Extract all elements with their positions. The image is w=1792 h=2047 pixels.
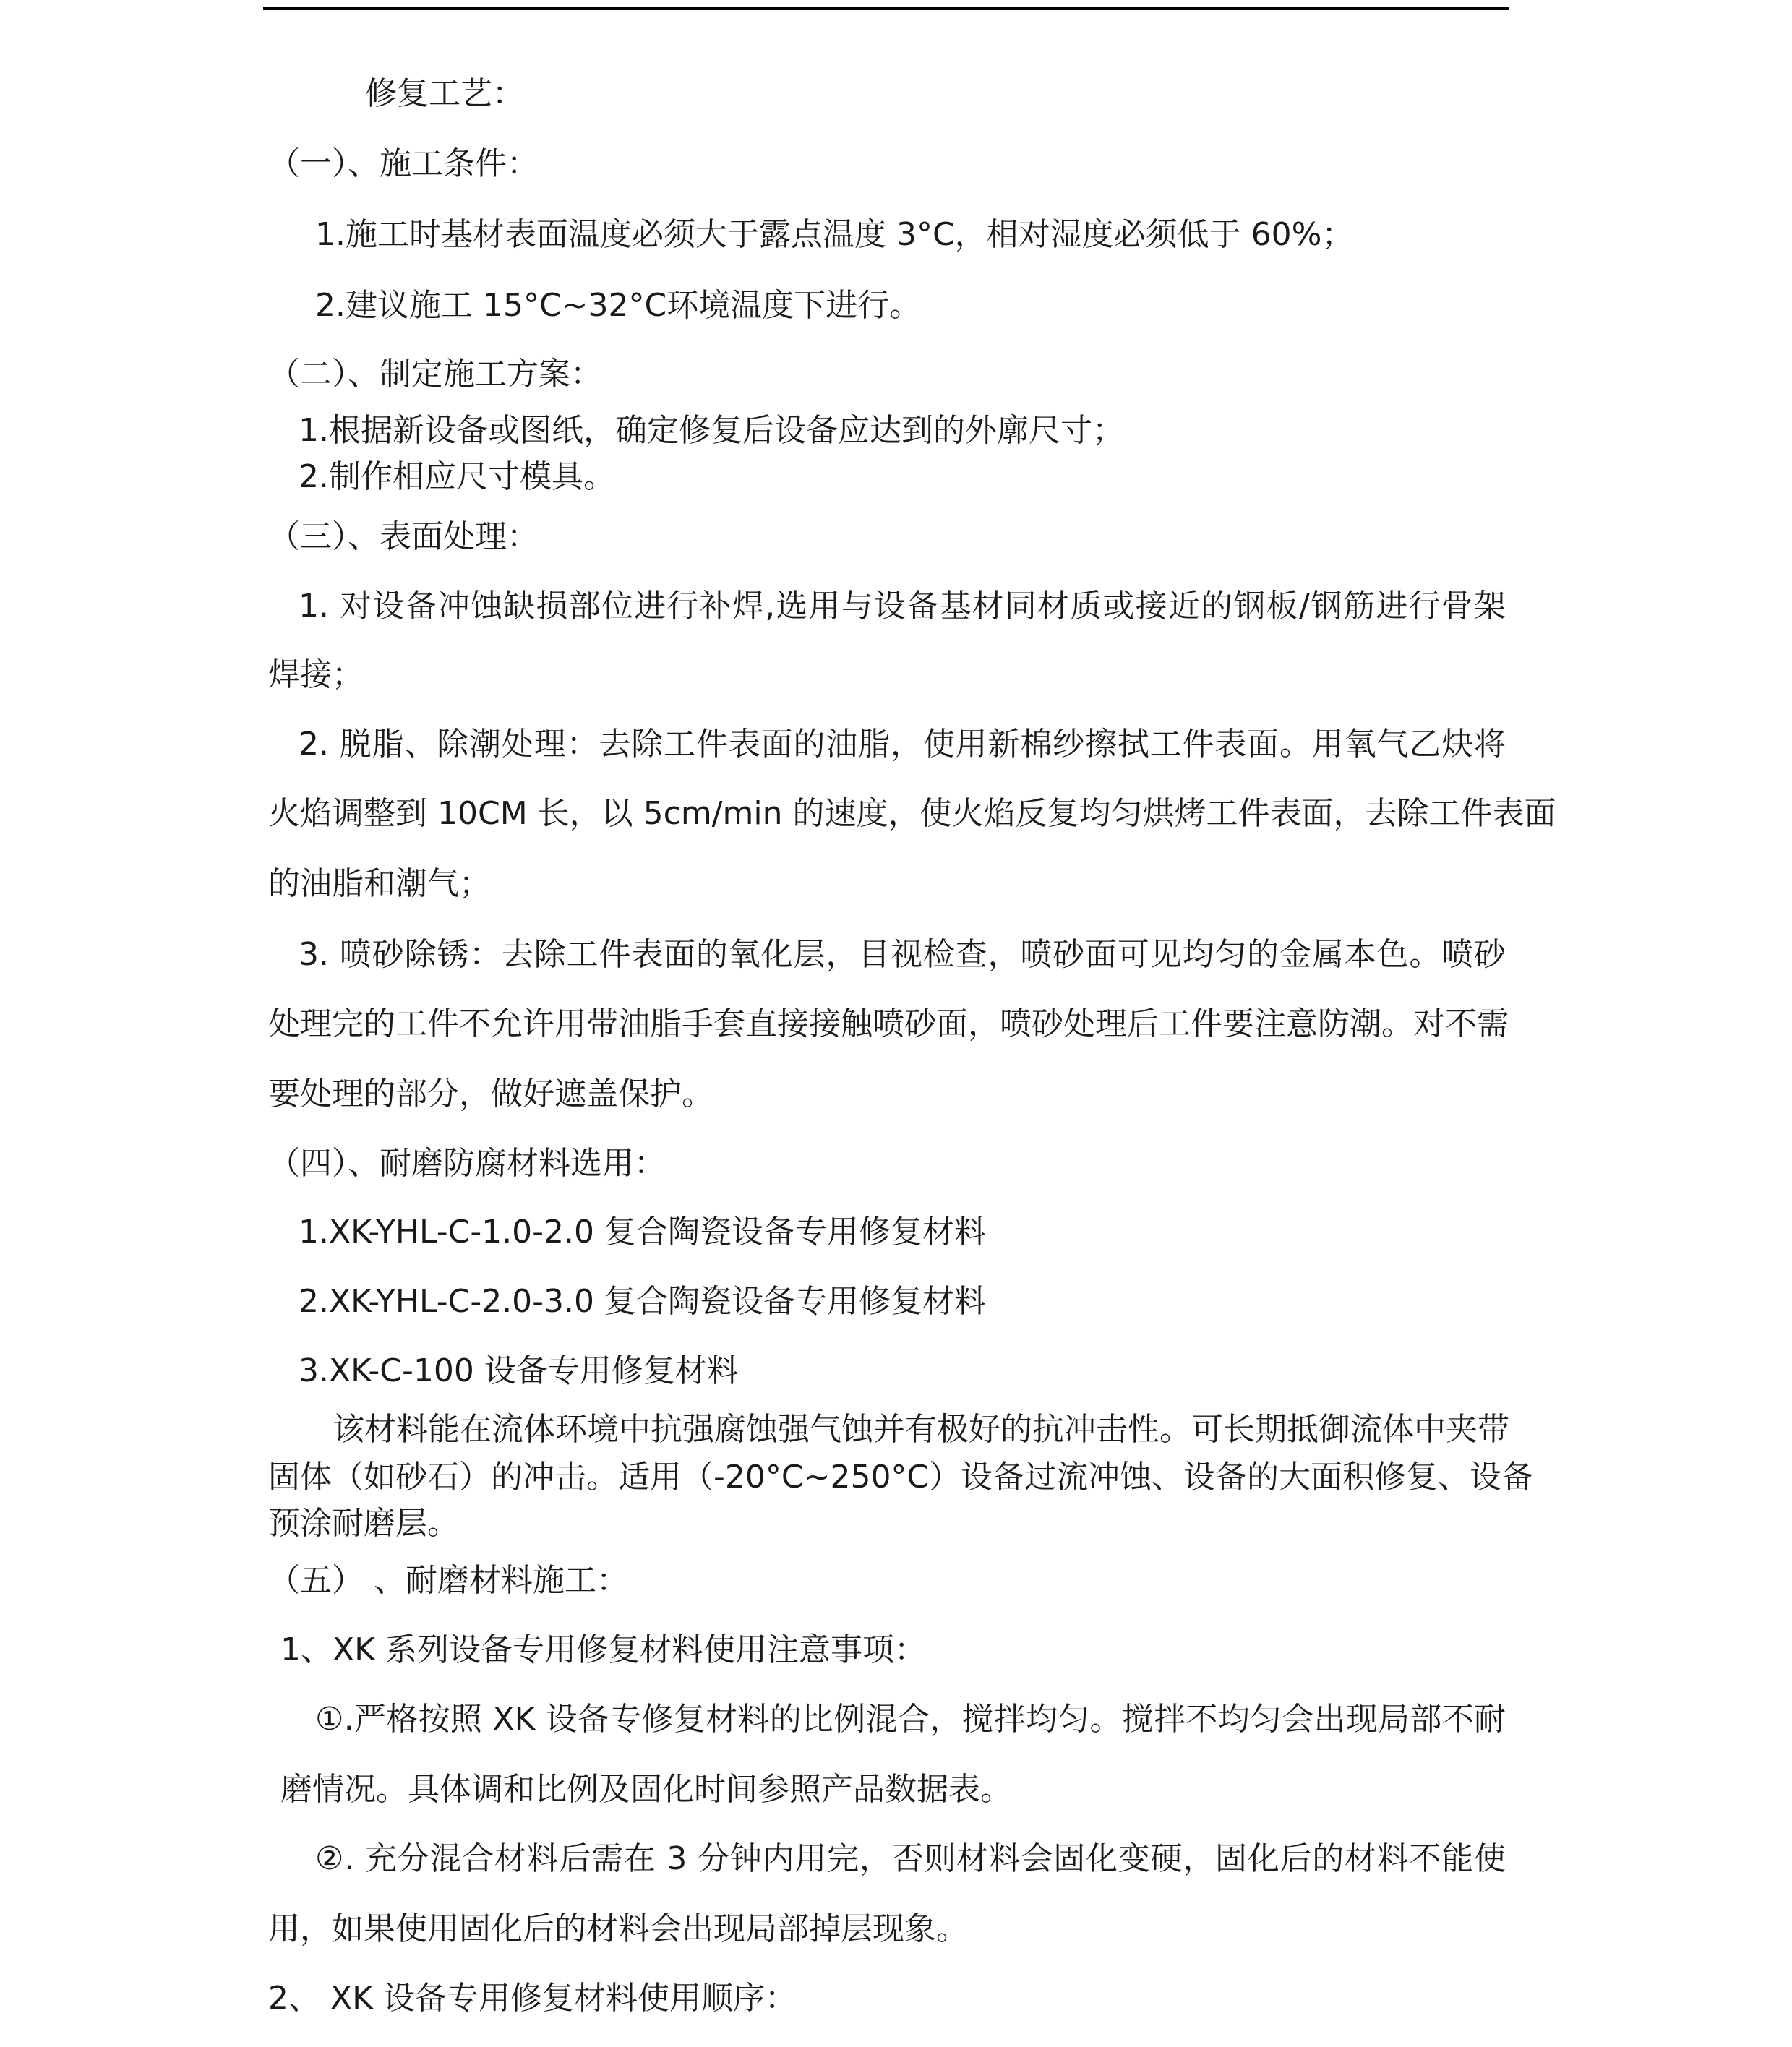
paragraph-line: 处理完的工件不允许用带油脂手套直接接触喷砂面，喷砂处理后工件要注意防潮。对不需 <box>268 1004 1506 1044</box>
paragraph-line: 3. 喷砂除锈：去除工件表面的氧化层，目视检查，喷砂面可见均匀的金属本色。喷砂 <box>299 935 1506 975</box>
list-item: 1.XK-YHL-C-1.0-2.0 复合陶瓷设备专用修复材料 <box>299 1212 986 1253</box>
paragraph-line: ①.严格按照 XK 设备专修复材料的比例混合，搅拌均匀。搅拌不均匀会出现局部不耐 <box>315 1699 1506 1740</box>
section-heading-3: （三）、表面处理： <box>268 517 539 557</box>
paragraph-line: 的油脂和潮气； <box>268 864 491 904</box>
subheading: 1、XK 系列设备专用修复材料使用注意事项： <box>280 1630 926 1670</box>
list-item: 3.XK-C-100 设备专用修复材料 <box>299 1351 739 1391</box>
paragraph-line: 焊接； <box>268 655 364 695</box>
paragraph-line: 火焰调整到 10CM 长，以 5cm/min 的速度，使火焰反复均匀烘烤工件表面… <box>268 794 1506 834</box>
list-item: 1.根据新设备或图纸，确定修复后设备应达到的外廓尺寸； <box>299 411 1124 451</box>
list-item: 2.制作相应尺寸模具。 <box>299 457 615 497</box>
paragraph-line: 固体（如砂石）的冲击。适用（-20°C~250°C）设备过流冲蚀、设备的大面积修… <box>268 1457 1506 1498</box>
paragraph-line: 该材料能在流体环境中抗强腐蚀强气蚀并有极好的抗冲击性。可长期抵御流体中夹带 <box>333 1409 1506 1450</box>
header-rule <box>263 7 1509 10</box>
subheading: 2、 XK 设备专用修复材料使用顺序： <box>268 1978 797 2019</box>
paragraph-line: 磨情况。具体调和比例及固化时间参照产品数据表。 <box>280 1769 1012 1810</box>
list-item: 2.建议施工 15°C~32°C环境温度下进行。 <box>315 286 921 326</box>
page-title: 修复工艺： <box>365 74 524 114</box>
paragraph-line: ②. 充分混合材料后需在 3 分钟内用完，否则材料会固化变硬，固化后的材料不能使 <box>315 1839 1506 1879</box>
section-heading-2: （二）、制定施工方案： <box>268 354 602 395</box>
section-heading-1: （一）、施工条件： <box>268 144 539 184</box>
paragraph-line: 用，如果使用固化后的材料会出现局部掉层现象。 <box>268 1909 968 1949</box>
paragraph-line: 1. 对设备冲蚀缺损部位进行补焊,选用与设备基材同材质或接近的钢板/钢筋进行骨架 <box>299 586 1506 627</box>
section-heading-5: （五） 、耐磨材料施工： <box>268 1561 628 1601</box>
paragraph-line: 2. 脱脂、除潮处理：去除工件表面的油脂，使用新棉纱擦拭工件表面。用氧气乙炔将 <box>299 724 1506 765</box>
list-item: 2.XK-YHL-C-2.0-3.0 复合陶瓷设备专用修复材料 <box>299 1282 986 1322</box>
list-item: 1.施工时基材表面温度必须大于露点温度 3°C，相对湿度必须低于 60%； <box>315 215 1353 255</box>
paragraph-line: 预涂耐磨层。 <box>268 1503 459 1544</box>
section-heading-4: （四）、耐磨防腐材料选用： <box>268 1143 666 1184</box>
paragraph-line: 要处理的部分，做好遮盖保护。 <box>268 1074 713 1115</box>
